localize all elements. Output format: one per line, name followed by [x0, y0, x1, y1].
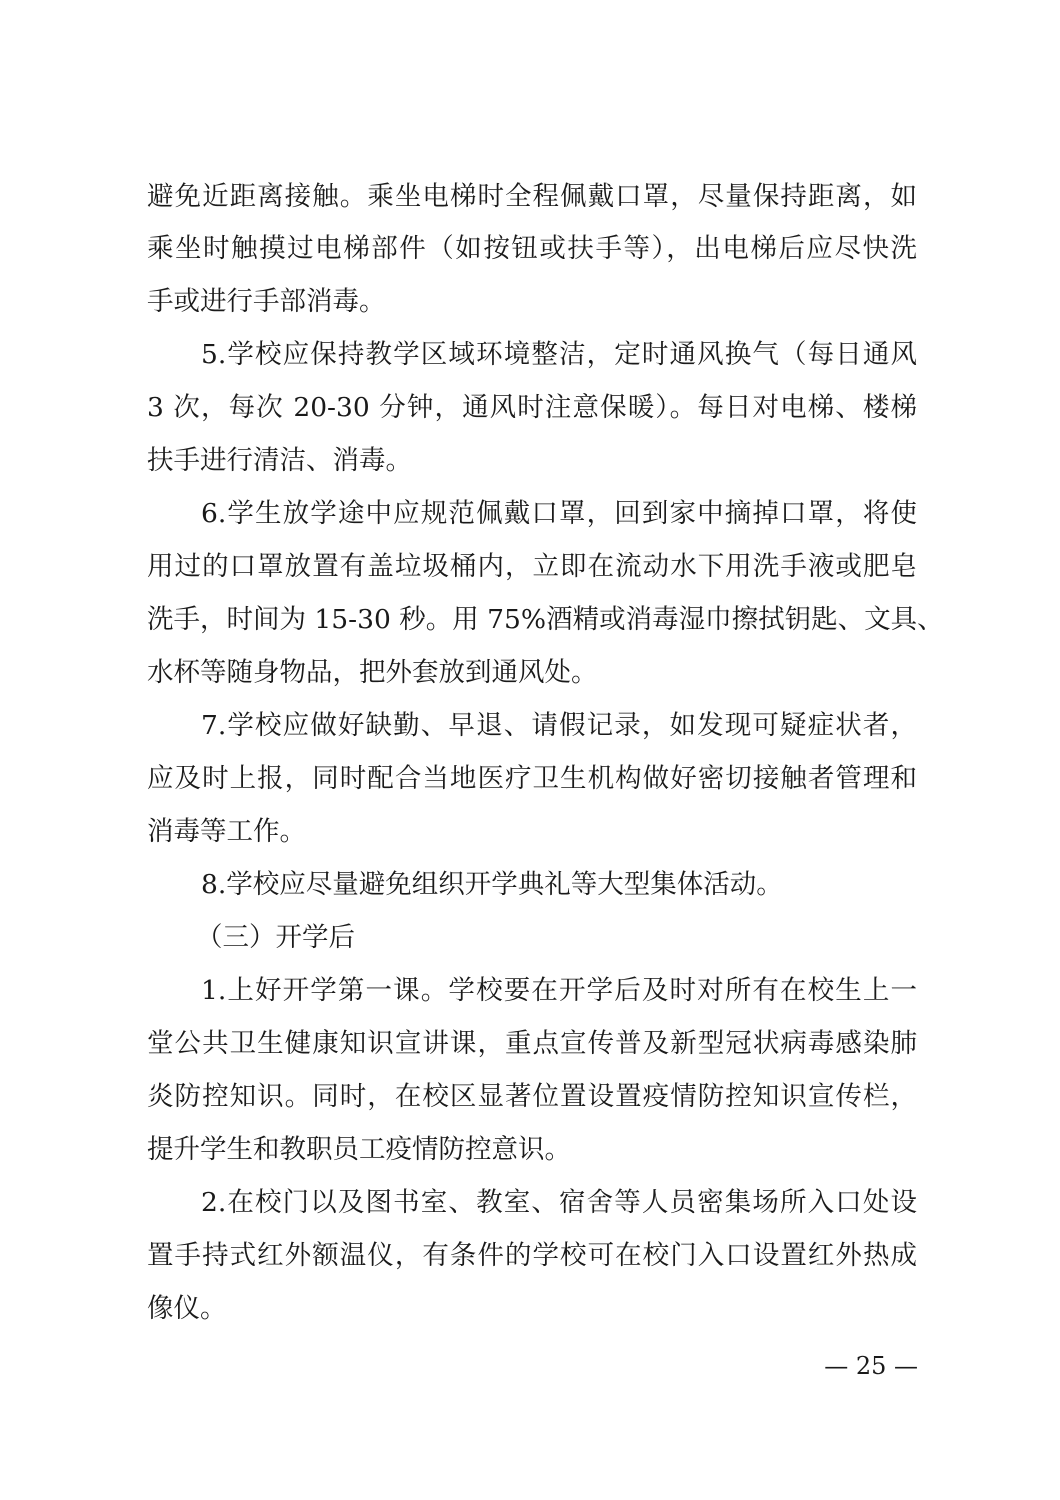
- list-item-2-line: 2.在校门以及图书室、教室、宿舍等人员密集场所入口处设: [201, 1183, 917, 1223]
- paragraph-line: 乘坐时触摸过电梯部件（如按钮或扶手等），出电梯后应尽快洗: [147, 229, 917, 269]
- section-heading: （三）开学后: [196, 918, 912, 958]
- list-item-7-line: 7.学校应做好缺勤、早退、请假记录，如发现可疑症状者，: [201, 706, 917, 746]
- list-item-8-line: 8.学校应尽量避免组织开学典礼等大型集体活动。: [201, 865, 917, 905]
- paragraph-line: 置手持式红外额温仪，有条件的学校可在校门入口设置红外热成: [147, 1236, 917, 1276]
- document-page: 避免近距离接触。乘坐电梯时全程佩戴口罩，尽量保持距离，如 乘坐时触摸过电梯部件（…: [0, 0, 1060, 1500]
- list-item-1-line: 1.上好开学第一课。学校要在开学后及时对所有在校生上一: [201, 971, 917, 1011]
- paragraph-line: 像仪。: [147, 1289, 917, 1329]
- paragraph-line: 消毒等工作。: [147, 812, 917, 852]
- paragraph-line: 提升学生和教职员工疫情防控意识。: [147, 1130, 917, 1170]
- paragraph-line: 手或进行手部消毒。: [147, 282, 917, 322]
- paragraph-line: 洗手，时间为 15-30 秒。用 75%酒精或消毒湿巾擦拭钥匙、文具、: [147, 600, 917, 640]
- list-item-6-line: 6.学生放学途中应规范佩戴口罩，回到家中摘掉口罩，将使: [201, 494, 917, 534]
- paragraph-line: 扶手进行清洁、消毒。: [147, 441, 917, 481]
- paragraph-line: 应及时上报，同时配合当地医疗卫生机构做好密切接触者管理和: [147, 759, 917, 799]
- paragraph-line: 炎防控知识。同时，在校区显著位置设置疫情防控知识宣传栏，: [147, 1077, 917, 1117]
- paragraph-line: 堂公共卫生健康知识宣讲课，重点宣传普及新型冠状病毒感染肺: [147, 1024, 917, 1064]
- page-number: — 25 —: [818, 1348, 918, 1384]
- paragraph-line: 3 次，每次 20-30 分钟，通风时注意保暖）。每日对电梯、楼梯: [147, 388, 917, 428]
- paragraph-line: 避免近距离接触。乘坐电梯时全程佩戴口罩，尽量保持距离，如: [147, 177, 917, 217]
- list-item-5-line: 5.学校应保持教学区域环境整洁，定时通风换气（每日通风: [201, 335, 917, 375]
- paragraph-line: 水杯等随身物品，把外套放到通风处。: [147, 653, 917, 693]
- paragraph-line: 用过的口罩放置有盖垃圾桶内，立即在流动水下用洗手液或肥皂: [147, 547, 917, 587]
